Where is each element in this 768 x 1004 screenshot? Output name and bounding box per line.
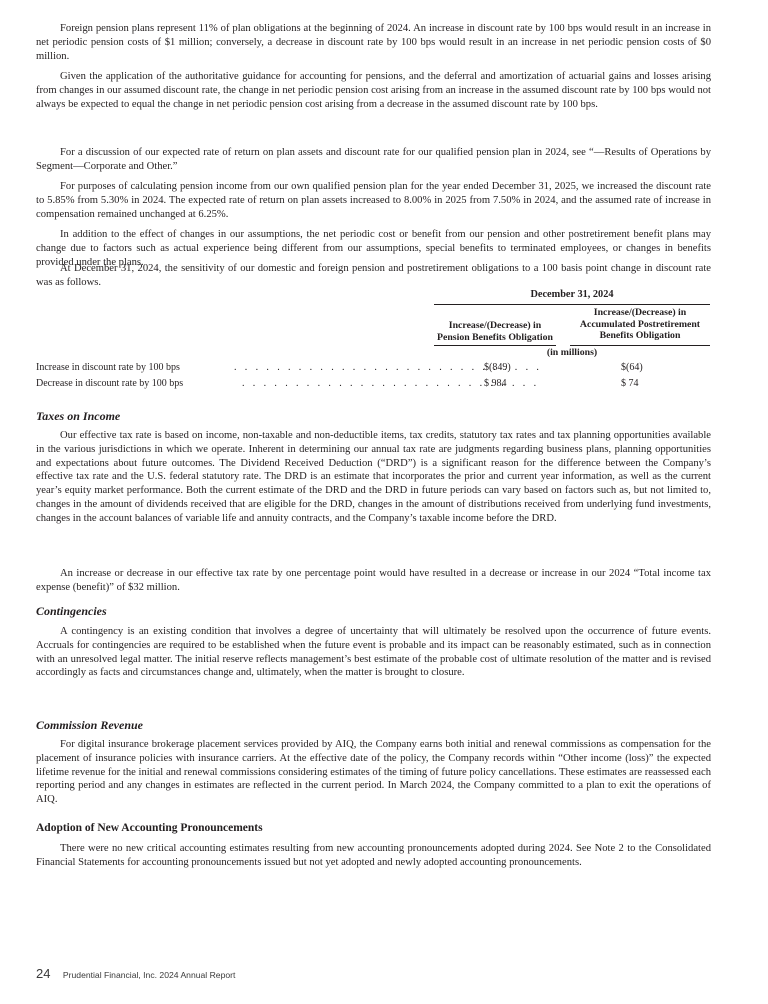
postretirement-value: $(64) — [621, 362, 643, 373]
paragraph-sensitivity-intro: At December 31, 2024, the sensitivity of… — [36, 262, 711, 290]
paragraph-authoritative-guidance: Given the application of the authoritati… — [36, 70, 711, 111]
heading-commission-revenue: Commission Revenue — [36, 718, 143, 733]
table-date-header: December 31, 2024 — [434, 289, 710, 300]
row-label: Increase in discount rate by 100 bps — [36, 362, 180, 373]
page-number: 24 — [36, 966, 50, 981]
pension-value: $ 984 — [484, 378, 507, 389]
heading-adoption-pronouncements: Adoption of New Accounting Pronouncement… — [36, 822, 263, 834]
table-row: Decrease in discount rate by 100 bps . .… — [36, 378, 711, 392]
paragraph-tax-rate: Our effective tax rate is based on incom… — [36, 429, 711, 526]
table-rule — [434, 345, 556, 346]
footer-title: Prudential Financial, Inc. 2024 Annual R… — [63, 970, 235, 980]
table-rule — [570, 345, 710, 346]
postretirement-value: $ 74 — [621, 378, 639, 389]
page-footer: 24 Prudential Financial, Inc. 2024 Annua… — [36, 965, 235, 983]
paragraph-tax-sensitivity: An increase or decrease in our effective… — [36, 567, 711, 595]
table-rule — [434, 304, 710, 305]
paragraph-expected-return: For a discussion of our expected rate of… — [36, 146, 711, 174]
table-units: (in millions) — [434, 347, 710, 358]
table-col-pension-header: Increase/(Decrease) in Pension Benefits … — [434, 320, 556, 343]
table-col-postretirement-header: Increase/(Decrease) in Accumulated Postr… — [570, 307, 710, 342]
table-row: Increase in discount rate by 100 bps . .… — [36, 362, 711, 376]
heading-contingencies: Contingencies — [36, 604, 107, 619]
pension-value: $(849) — [484, 362, 511, 373]
paragraph-adoption: There were no new critical accounting es… — [36, 842, 711, 870]
paragraph-discount-rate-2025: For purposes of calculating pension inco… — [36, 180, 711, 221]
paragraph-commission-revenue: For digital insurance brokerage placemen… — [36, 738, 711, 807]
row-label: Decrease in discount rate by 100 bps — [36, 378, 183, 389]
paragraph-contingencies: A contingency is an existing condition t… — [36, 625, 711, 680]
heading-taxes-on-income: Taxes on Income — [36, 409, 120, 424]
paragraph-foreign-pension: Foreign pension plans represent 11% of p… — [36, 22, 711, 63]
